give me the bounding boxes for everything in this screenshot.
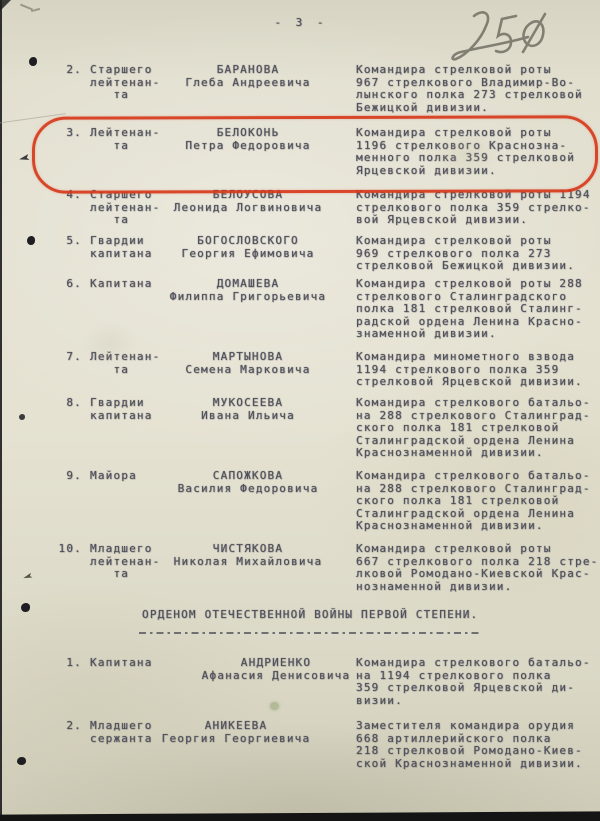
entry-description: Командира минометного взвода 1194 стрелк… — [356, 351, 598, 389]
entry-description: Командира стрелкового батальо- на 288 ст… — [356, 397, 598, 460]
entry-number: 2. — [54, 720, 82, 733]
entry-description: Командира стрелкового батальо- на 1194 с… — [356, 657, 598, 707]
entry-rank: Гвардии капитана — [90, 235, 153, 260]
ink-spot — [27, 236, 35, 245]
entry-number: 10. — [54, 543, 82, 556]
entry-name: БОГОСЛОВСКОГО Георгия Ефимовича — [150, 235, 346, 260]
ink-spot — [21, 603, 30, 612]
page-number: - 3 - — [226, 17, 376, 30]
section-header-order-patriotic-war-first-class: ОРДЕНОМ ОТЕЧЕСТВЕННОЙ ВОЙНЫ ПЕРВОЙ СТЕПЕ… — [142, 609, 478, 622]
entry-name: МУКОСЕЕВА Ивана Ильича — [150, 397, 346, 422]
entry-rank: Гвардии капитана — [90, 397, 153, 422]
entry-rank: Капитана — [90, 278, 153, 291]
entry-name: ДОМАШЕВА Филиппа Григорьевича — [150, 278, 346, 303]
entry-description: Командира стрелковой роты 967 стрелковог… — [356, 64, 598, 114]
highlight-oval — [32, 115, 598, 193]
section-header-underline — [139, 632, 480, 634]
scan-corner-mark — [0, 0, 11, 11]
entry-description: Командира стрелкового батальо- на 288 ст… — [356, 470, 598, 533]
entry-number: 2. — [54, 64, 82, 77]
paper-stain — [80, 320, 140, 366]
ink-spot — [19, 414, 25, 420]
entry-rank: Майора — [90, 470, 137, 483]
pencil-arrow-mark — [22, 573, 32, 581]
entry-description: Командира стрелковой роты 969 стрелковог… — [356, 235, 598, 273]
entry-name: САПОЖКОВА Василия Федоровича — [150, 470, 346, 495]
entry-number: 8. — [54, 397, 82, 410]
ink-spot — [17, 757, 26, 765]
entry-number: 9. — [54, 470, 82, 483]
paper-stain — [270, 702, 279, 710]
entry-number: 1. — [54, 657, 82, 670]
scan-edge-bottom — [0, 811, 600, 821]
entry-name: ЧИСТЯКОВА Николая Михайловича — [150, 543, 346, 568]
entry-description: Командира стрелковой роты 667 стрелковог… — [356, 543, 598, 593]
ink-spot — [29, 57, 37, 66]
pencil-scribble-icon — [428, 6, 558, 68]
pencil-arrow-mark — [18, 154, 29, 162]
entry-description: Заместителя командира орудия 668 артилле… — [356, 720, 598, 770]
entry-number: 7. — [54, 351, 82, 364]
entry-description: Командира стрелковой роты 288 стрелковог… — [356, 278, 598, 341]
entry-name: АНИКЕЕВА Георгия Георгиевича — [138, 720, 334, 745]
entry-name: АНДРИЕНКО Афанасия Денисовича — [178, 657, 374, 682]
entry-number: 5. — [54, 235, 82, 248]
entry-rank: Капитана — [90, 657, 153, 670]
handwritten-mark: Д50 — [428, 6, 558, 68]
entry-name: МАРТЫНОВА Семена Марковича — [150, 351, 346, 376]
entry-description: Командира стрелковой роты 1194 стрелково… — [356, 189, 598, 227]
entry-name: БАРАНОВА Глеба Андреевича — [150, 64, 346, 89]
entry-number: 6. — [54, 278, 82, 291]
scanned-award-document-page: { "page": { "number_label": "- 3 -", "ha… — [0, 0, 600, 821]
